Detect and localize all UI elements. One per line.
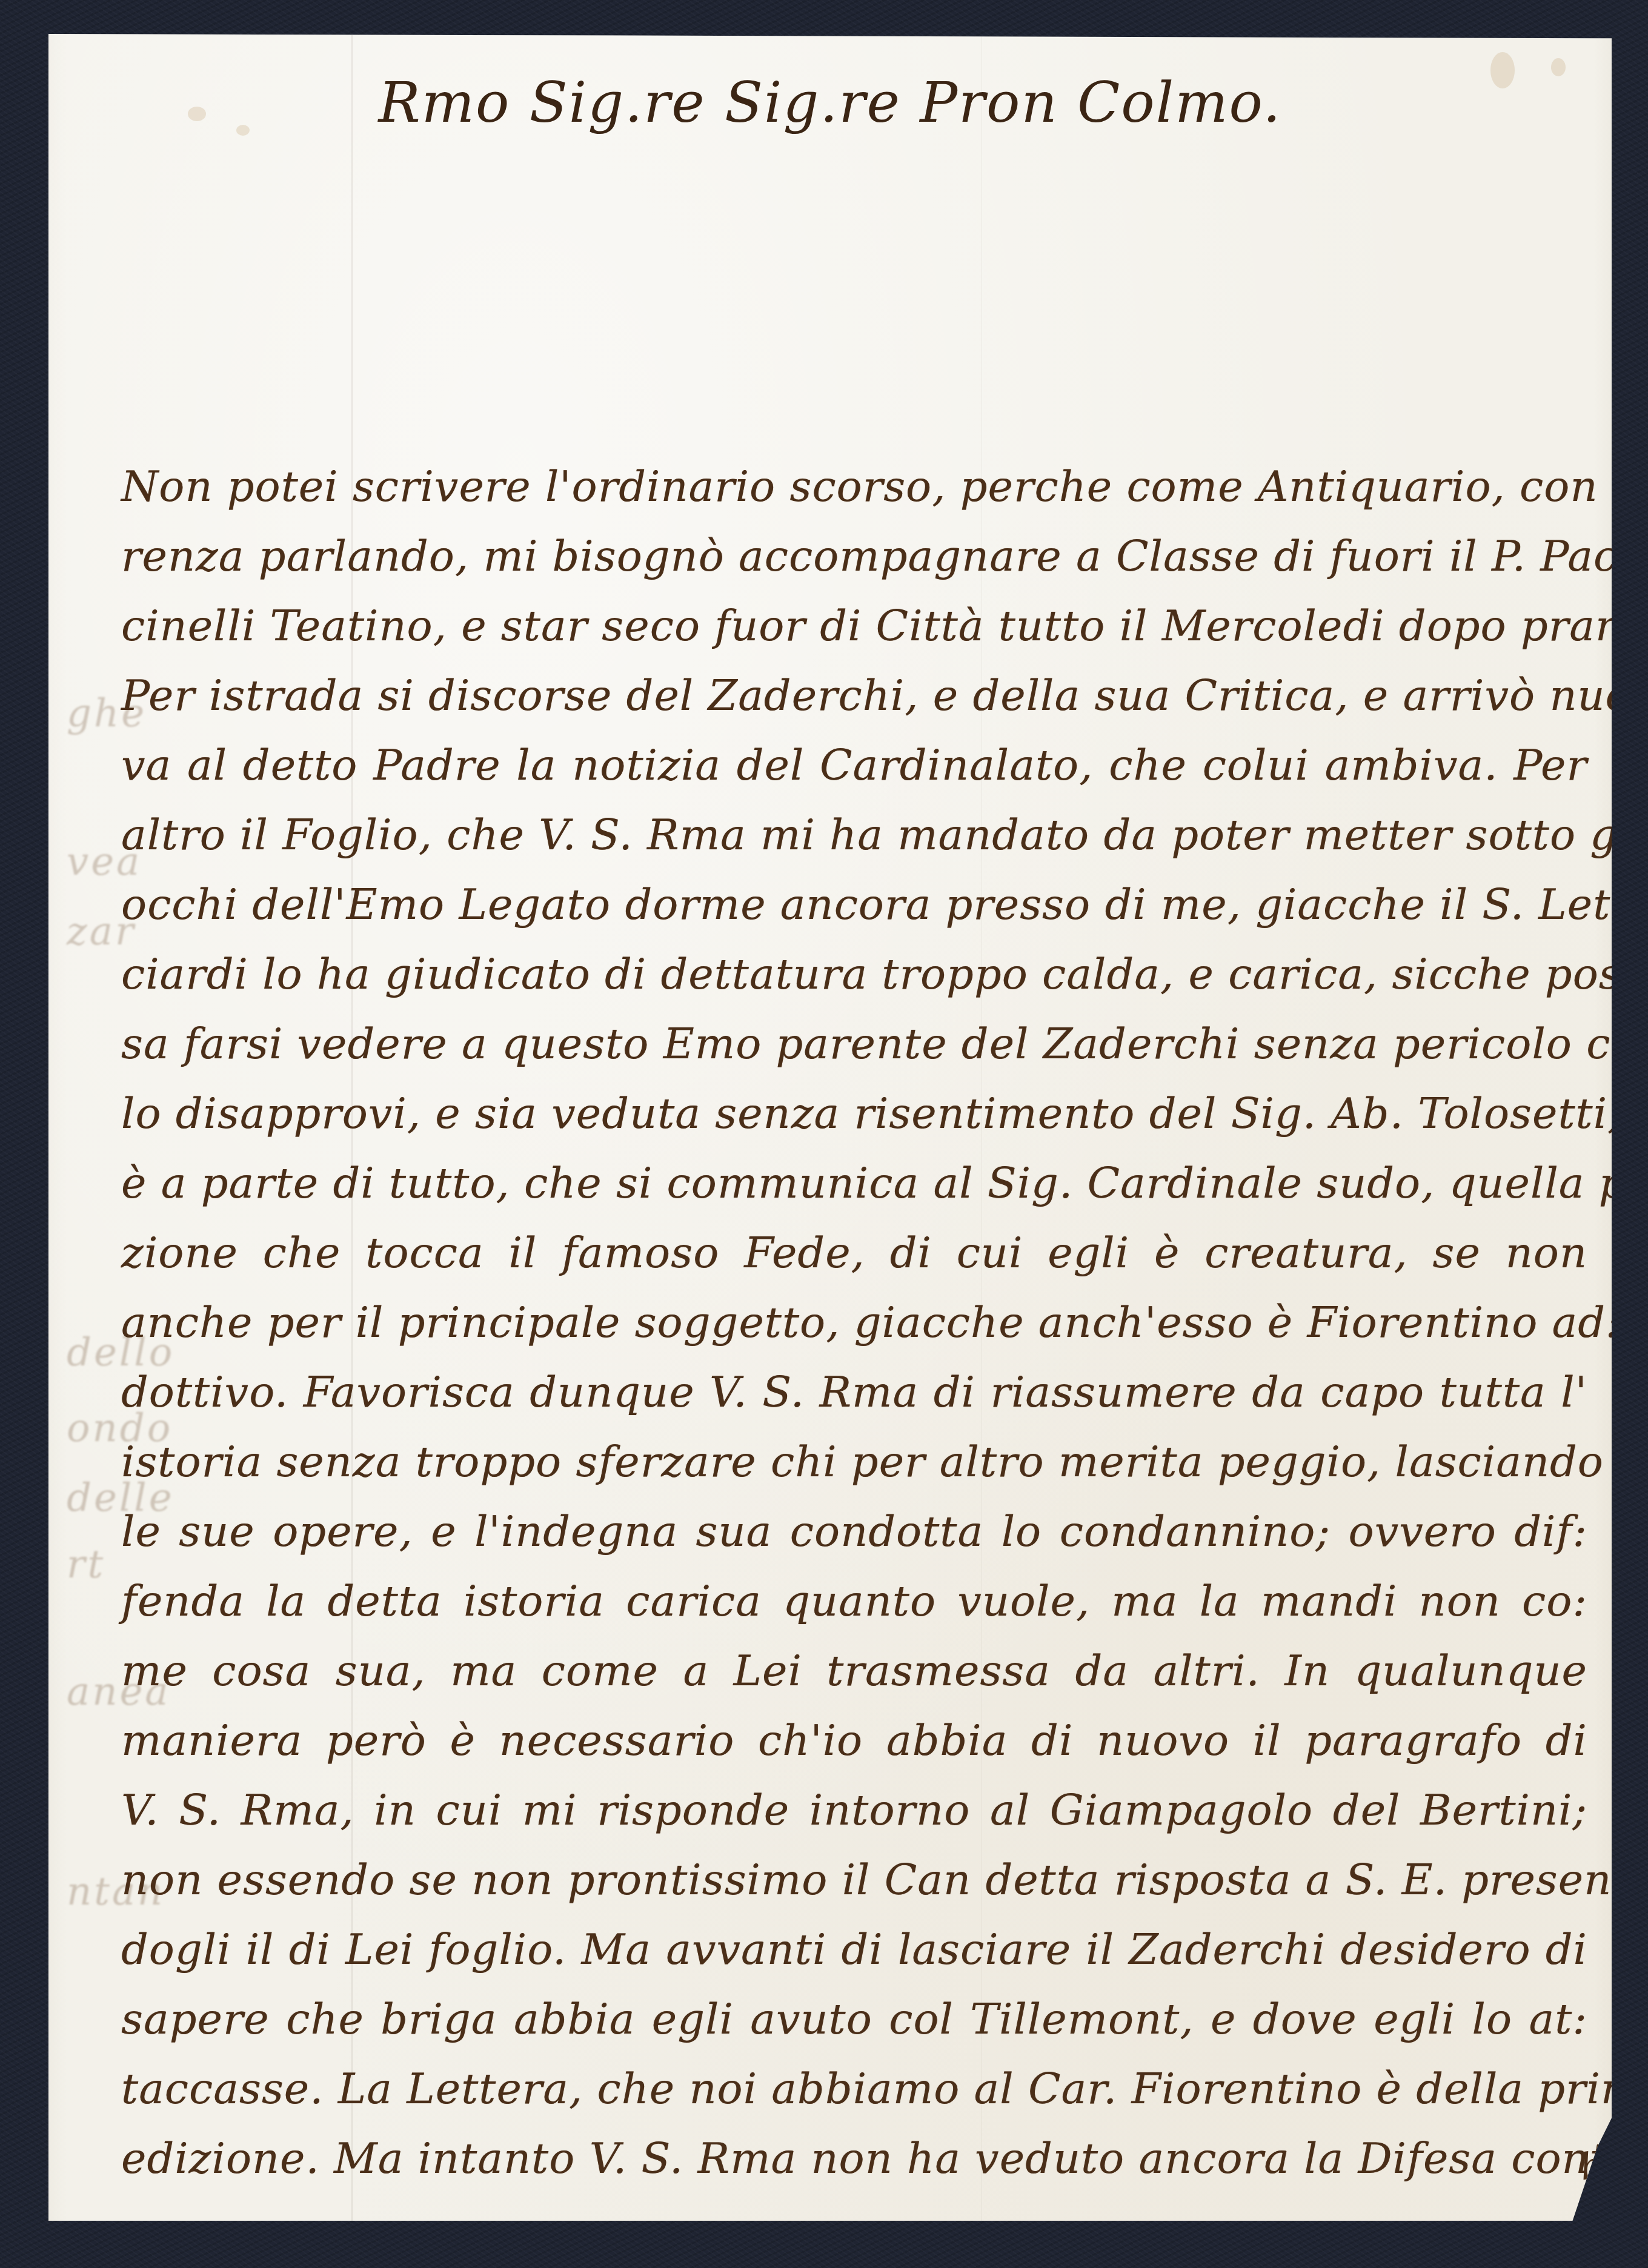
manuscript-line: va al detto Padre la notizia del Cardina… <box>121 731 1587 800</box>
manuscript-line: sapere che briga abbia egli avuto col Ti… <box>121 1984 1587 2054</box>
manuscript-line: Per istrada si discorse del Zaderchi, e … <box>121 661 1587 731</box>
letter-body: Non potei scrivere l'ordinario scorso, p… <box>121 452 1587 2193</box>
manuscript-line: Non potei scrivere l'ordinario scorso, p… <box>121 452 1587 522</box>
manuscript-line: cinelli Teatino, e star seco fuor di Cit… <box>121 591 1587 661</box>
manuscript-line: non essendo se non prontissimo il Can de… <box>121 1845 1587 1915</box>
bleedthrough-text: rt <box>67 1542 105 1587</box>
manuscript-line: V. S. Rma, in cui mi risponde intorno al… <box>121 1776 1587 1845</box>
manuscript-line: altro il Foglio, che V. S. Rma mi ha man… <box>121 800 1587 870</box>
manuscript-page: ghe vea zar dello ondo delle rt anea nta… <box>48 34 1612 2221</box>
manuscript-line: lo disapprovi, e sia veduta senza risent… <box>121 1079 1587 1149</box>
manuscript-line: dottivo. Favorisca dunque V. S. Rma di r… <box>121 1358 1587 1427</box>
manuscript-line: edizione. Ma intanto V. S. Rma non ha ve… <box>121 2124 1587 2193</box>
dark-mount-background: ghe vea zar dello ondo delle rt anea nta… <box>0 0 1648 2268</box>
manuscript-line: fenda la detta istoria carica quanto vuo… <box>121 1567 1587 1636</box>
manuscript-line: renza parlando, mi bisognò accompagnare … <box>121 522 1587 591</box>
manuscript-line: istoria senza troppo sferzare chi per al… <box>121 1427 1587 1497</box>
manuscript-line: anche per il principale soggetto, giacch… <box>121 1288 1587 1358</box>
letter-salutation: Rmo Sig.re Sig.re Pron Colmo. <box>48 70 1612 135</box>
manuscript-line: è a parte di tutto, che si communica al … <box>121 1149 1587 1218</box>
manuscript-line: occhi dell'Emo Legato dorme ancora press… <box>121 870 1587 940</box>
manuscript-line: le sue opere, e l'indegna sua condotta l… <box>121 1497 1587 1567</box>
manuscript-line: maniera però è necessario ch'io abbia di… <box>121 1706 1587 1776</box>
manuscript-line: ciardi lo ha giudicato di dettatura trop… <box>121 940 1587 1009</box>
manuscript-line: sa farsi vedere a questo Emo parente del… <box>121 1009 1587 1079</box>
manuscript-line: zione che tocca il famoso Fede, di cui e… <box>121 1218 1587 1288</box>
manuscript-line: me cosa sua, ma come a Lei trasmessa da … <box>121 1636 1587 1706</box>
manuscript-line: taccasse. La Lettera, che noi abbiamo al… <box>121 2054 1587 2124</box>
manuscript-line: dogli il di Lei foglio. Ma avvanti di la… <box>121 1915 1587 1984</box>
